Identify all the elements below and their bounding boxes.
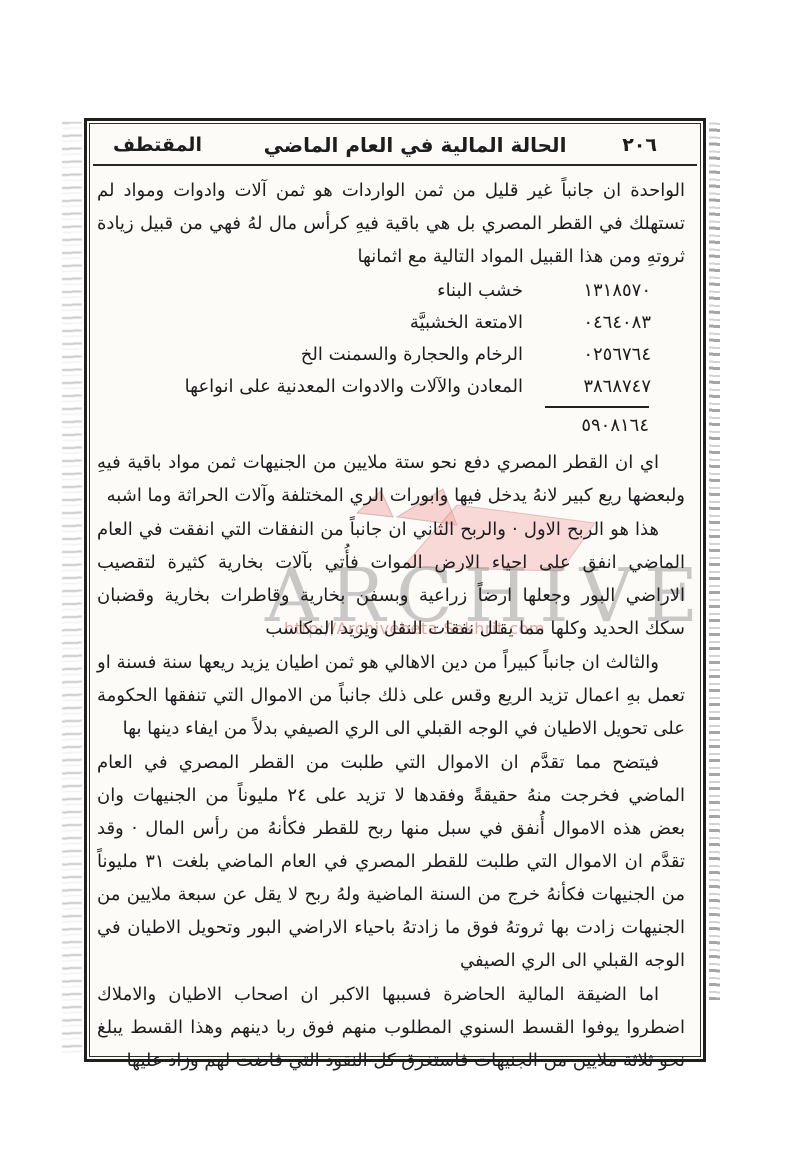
paragraph: اي ان القطر المصري دفع نحو ستة ملايين من… xyxy=(97,446,685,512)
ledger-label: الامتعة الخشبيَّة xyxy=(410,307,523,339)
ledger-label: الرخام والحجارة والسمنت الخ xyxy=(301,339,523,371)
ledger-total: ٥٩٠٨١٦٤ xyxy=(97,410,651,442)
paragraph: الواحدة ان جانباً غير قليل من ثمن الوارد… xyxy=(97,174,685,273)
scanned-page: ARCHIVE http://Archivebeta.Sakhrit.com ا… xyxy=(84,118,706,1062)
scan-binding-edge-right xyxy=(709,120,720,1000)
paragraph: اما الضيقة المالية الحاضرة فسببها الاكبر… xyxy=(97,978,685,1077)
ledger-row: ٣٨٦٨٧٤٧ المعادن والآلات والادوات المعدني… xyxy=(97,371,651,403)
article-title: الحالة المالية في العام الماضي xyxy=(253,133,577,157)
article-body: الواحدة ان جانباً غير قليل من ثمن الوارد… xyxy=(93,166,693,1053)
ledger-value: ٠٤٦٤٠٨٣ xyxy=(539,307,651,339)
ledger-row: ٠٢٥٦٧٦٤ الرخام والحجارة والسمنت الخ xyxy=(97,339,651,371)
ledger-value: ٣٨٦٨٧٤٧ xyxy=(539,371,651,403)
magazine-name: المقتطف xyxy=(93,134,253,156)
ledger-value: ٠٢٥٦٧٦٤ xyxy=(539,339,651,371)
ledger-value: ١٣١٨٥٧٠ xyxy=(539,275,651,307)
ledger-total-rule xyxy=(545,406,649,408)
ledger-label: المعادن والآلات والادوات المعدنية على ان… xyxy=(185,371,523,403)
page-number: ٢٠٦ xyxy=(577,134,697,156)
ledger-row: ١٣١٨٥٧٠ خشب البناء xyxy=(97,275,651,307)
scan-binding-edge-left xyxy=(62,122,82,1058)
paragraph: هذا هو الربح الاول · والربح الثاني ان جا… xyxy=(97,513,685,645)
ledger-row: ٠٤٦٤٠٨٣ الامتعة الخشبيَّة xyxy=(97,307,651,339)
ledger-label: خشب البناء xyxy=(437,275,523,307)
page-header: المقتطف الحالة المالية في العام الماضي ٢… xyxy=(93,126,697,166)
paragraph: فيتضح مما تقدَّم ان الاموال التي طلبت من… xyxy=(97,746,685,977)
paragraph: والثالث ان جانباً كبيراً من دين الاهالي … xyxy=(97,646,685,745)
materials-ledger: ١٣١٨٥٧٠ خشب البناء ٠٤٦٤٠٨٣ الامتعة الخشب… xyxy=(97,275,651,442)
